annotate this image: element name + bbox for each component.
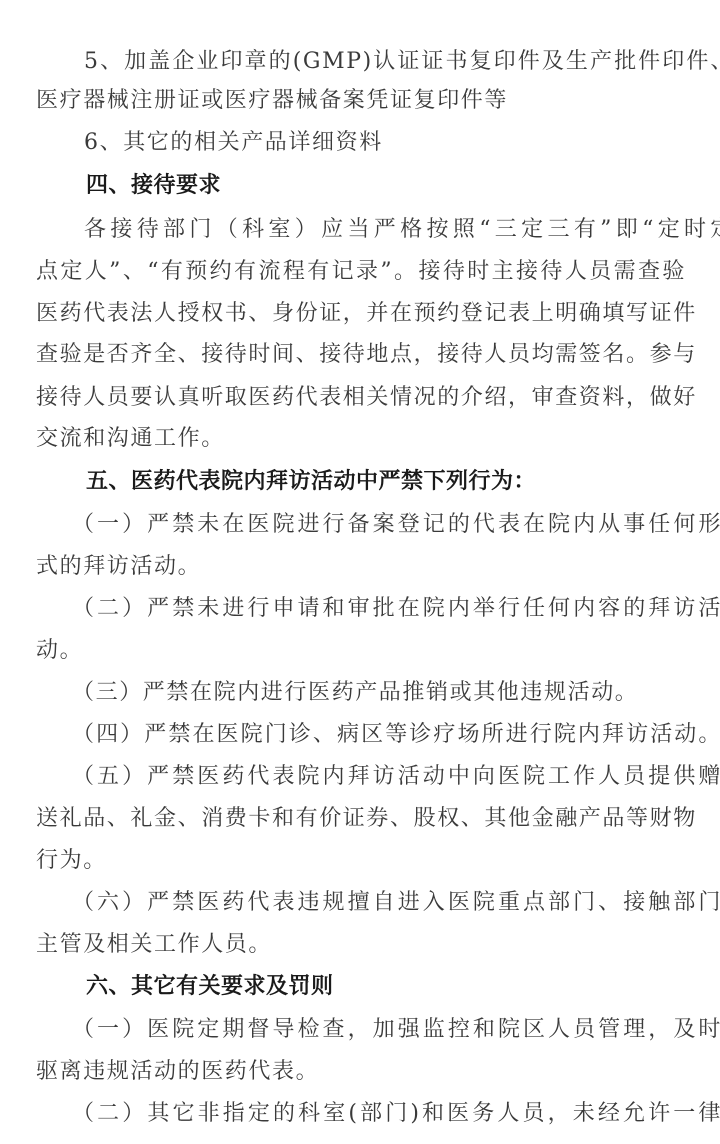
clause-2: （二）严禁未进行申请和审批在院内举行任何内容的拜访活 <box>72 594 720 624</box>
clause-6-cont: 主管及相关工作人员。 <box>36 930 686 960</box>
document-page: 5、加盖企业印章的(GMP)认证证书复印件及生产批件印件、 医疗器械注册证或医疗… <box>0 0 720 1144</box>
clause-1: （一）严禁未在医院进行备案登记的代表在院内从事任何形 <box>72 510 720 540</box>
clause-5-cont: 送礼品、礼金、消费卡和有价证券、股权、其他金融产品等财物 <box>36 804 686 834</box>
clause-6: （六）严禁医药代表违规擅自进入医院重点部门、接触部门 <box>72 888 720 918</box>
clause-5: （五）严禁医药代表院内拜访活动中向医院工作人员提供赠 <box>72 762 720 792</box>
paragraph-line: 接待人员要认真听取医药代表相关情况的介绍，审查资料，做好 <box>36 383 686 413</box>
clause-1-cont: 式的拜访活动。 <box>36 552 686 582</box>
paragraph-line: 交流和沟通工作。 <box>36 424 686 454</box>
clause-3: （三）严禁在院内进行医药产品推销或其他违规活动。 <box>72 678 720 708</box>
clause-4: （四）严禁在医院门诊、病区等诊疗场所进行院内拜访活动。 <box>72 720 720 750</box>
clause-2-cont: 动。 <box>36 636 686 666</box>
list-item-6: 6、其它的相关产品详细资料 <box>84 128 720 158</box>
section-heading-6: 六、其它有关要求及罚则 <box>86 972 720 1002</box>
clause-5-end: 行为。 <box>36 846 686 876</box>
rule-2: （二）其它非指定的科室(部门)和医务人员，未经允许一律 <box>72 1099 720 1129</box>
list-item-5-cont: 医疗器械注册证或医疗器械备案凭证复印件等 <box>36 86 686 116</box>
section-heading-4: 四、接待要求 <box>86 171 720 201</box>
paragraph-line: 查验是否齐全、接待时间、接待地点，接待人员均需签名。参与 <box>36 340 686 370</box>
rule-1: （一）医院定期督导检查，加强监控和院区人员管理，及时 <box>72 1015 720 1045</box>
section-heading-5: 五、医药代表院内拜访活动中严禁下列行为： <box>86 467 720 497</box>
paragraph-line: 各接待部门（科室）应当严格按照“三定三有”即“定时定 <box>84 215 720 245</box>
list-item-5: 5、加盖企业印章的(GMP)认证证书复印件及生产批件印件、 <box>84 47 720 77</box>
paragraph-line: 点定人”、“有预约有流程有记录”。接待时主接待人员需查验 <box>36 257 686 287</box>
paragraph-line: 医药代表法人授权书、身份证，并在预约登记表上明确填写证件 <box>36 299 686 329</box>
rule-1-cont: 驱离违规活动的医药代表。 <box>36 1057 686 1087</box>
